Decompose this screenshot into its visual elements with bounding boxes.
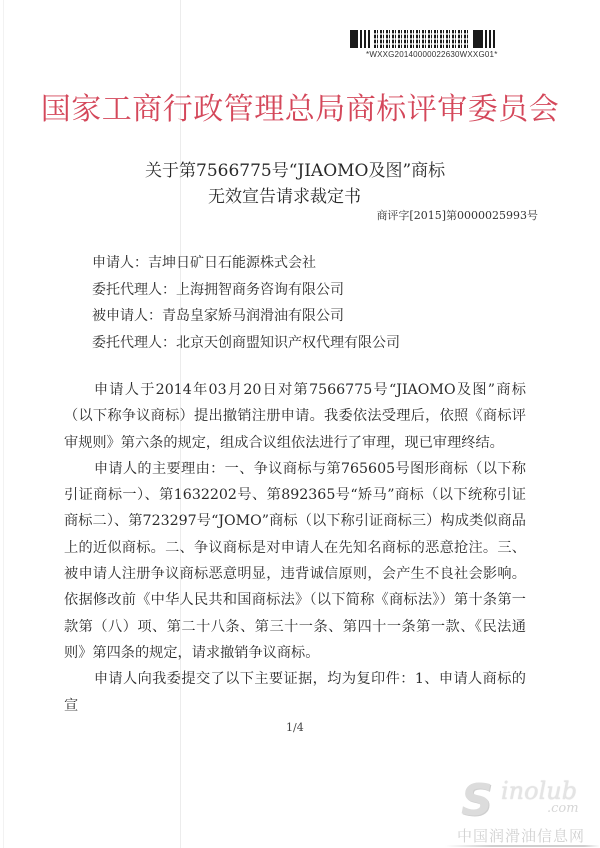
party-label: 申请人：	[92, 255, 148, 271]
party-label: 委托代理人：	[92, 335, 176, 351]
barcode-text: *WXXG20140000022630WXXG01*	[366, 50, 518, 59]
body-paragraph: 申请人向我委提交了以下主要证据，均为复印件：1、申请人商标的宣	[64, 666, 526, 719]
document-body: 申请人于2014年03月20日对第7566775号“JIAOMO及图”商标（以下…	[64, 377, 526, 719]
party-label: 委托代理人：	[92, 282, 176, 298]
party-value: 上海拥智商务咨询有限公司	[176, 282, 344, 298]
document-title-line1: 关于第7566775号“JIAOMO及图”商标	[145, 158, 445, 184]
page-indicator: 1/4	[286, 721, 304, 734]
party-respondent: 被申请人：青岛皇家矫马润滑油有限公司	[92, 303, 400, 330]
body-paragraph: 申请人于2014年03月20日对第7566775号“JIAOMO及图”商标（以下…	[64, 377, 526, 456]
party-label: 被申请人：	[92, 308, 162, 324]
watermark-underline	[445, 845, 600, 847]
organization-heading: 国家工商行政管理总局商标评审委员会	[0, 84, 600, 128]
watermark-logo-domain: .com	[547, 801, 579, 816]
party-value: 北京天创商盟知识产权代理有限公司	[176, 335, 400, 351]
barcode: *WXXG20140000022630WXXG01*	[348, 30, 518, 66]
party-respondent-agent: 委托代理人：北京天创商盟知识产权代理有限公司	[92, 330, 400, 357]
watermark-site-name: 中国润滑油信息网	[457, 825, 585, 846]
party-applicant-agent: 委托代理人：上海拥智商务咨询有限公司	[92, 277, 400, 304]
party-value: 青岛皇家矫马润滑油有限公司	[162, 308, 344, 324]
parties-list: 申请人：吉坤日矿日石能源株式会社 委托代理人：上海拥智商务咨询有限公司 被申请人…	[92, 250, 400, 356]
watermark-logo-letter: S	[461, 775, 493, 826]
sinolub-watermark: S inolub .com 中国润滑油信息网	[445, 775, 600, 848]
body-paragraph: 申请人的主要理由：一、争议商标与第765605号图形商标（以下称引证商标一）、第…	[64, 456, 526, 666]
reference-number: 商评字[2015]第0000025993号	[376, 207, 538, 223]
party-value: 吉坤日矿日石能源株式会社	[148, 255, 316, 271]
document-title: 关于第7566775号“JIAOMO及图”商标 无效宣告请求裁定书	[145, 158, 445, 210]
barcode-graphic	[350, 30, 518, 48]
party-applicant: 申请人：吉坤日矿日石能源株式会社	[92, 250, 400, 277]
